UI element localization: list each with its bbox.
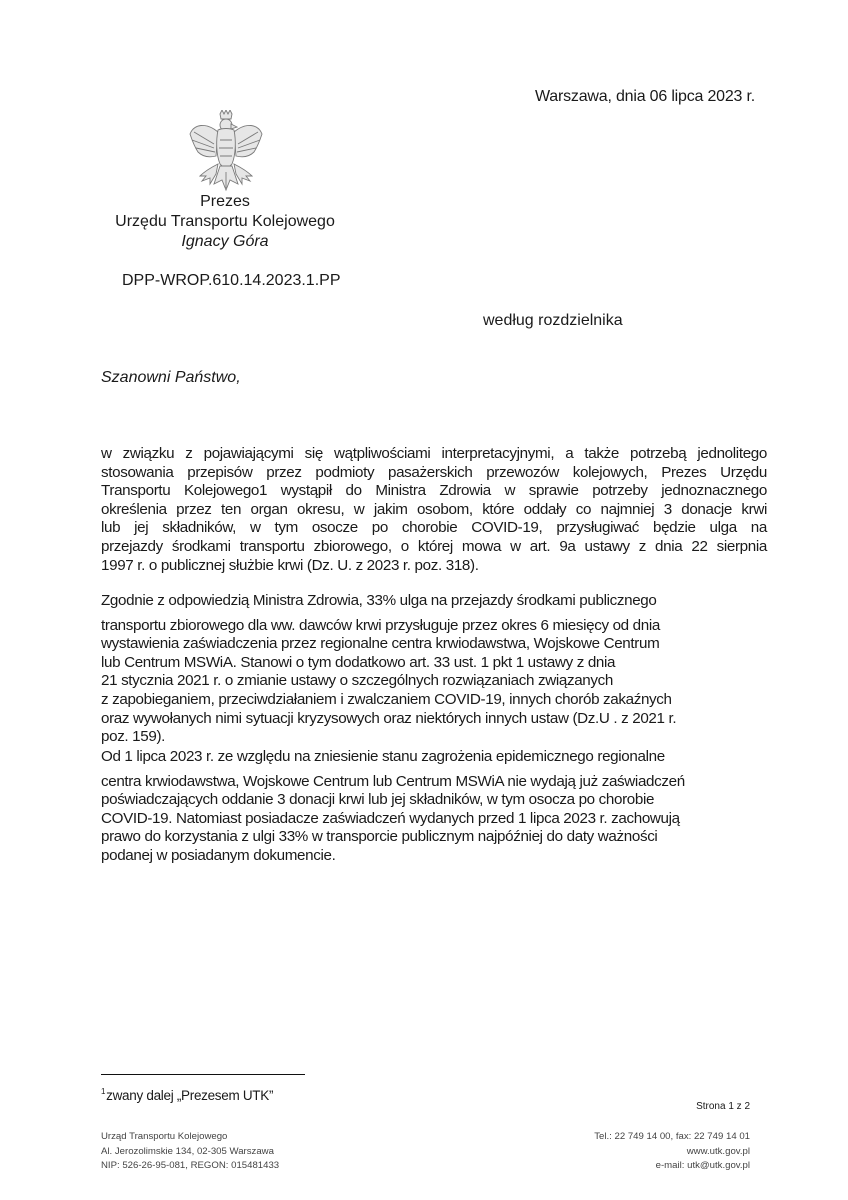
footnote-separator bbox=[101, 1074, 305, 1075]
footer-website[interactable]: www.utk.gov.pl bbox=[594, 1145, 750, 1160]
text-line: wystawienia zaświadczenia przez regional… bbox=[101, 635, 767, 654]
text-line: podanej w posiadanym dokumencie. bbox=[101, 847, 767, 866]
text-line: poświadczających oddanie 3 donacji krwi … bbox=[101, 791, 767, 810]
text-line: COVID-19. Natomiast posiadacze zaświadcz… bbox=[101, 810, 767, 829]
text-line: w związku z pojawiającymi się wątpliwośc… bbox=[101, 445, 767, 464]
text-line: 21 stycznia 2021 r. o zmianie ustawy o s… bbox=[101, 672, 767, 691]
sender-name: Ignacy Góra bbox=[100, 232, 350, 252]
text-line: Zgodnie z odpowiedzią Ministra Zdrowia, … bbox=[101, 592, 767, 611]
text-line: 1997 r. o publicznej służbie krwi (Dz. U… bbox=[101, 557, 767, 576]
text-line: przejazdy środkami transportu zbiorowego… bbox=[101, 538, 767, 557]
text-line: poz. 159). bbox=[101, 728, 767, 747]
footer-org: Urząd Transportu Kolejowego bbox=[101, 1130, 279, 1145]
text-line: lub jej składników, w tym osocze po chor… bbox=[101, 519, 767, 538]
footnote: 1zwany dalej „Prezesem UTK” bbox=[101, 1087, 273, 1103]
text-line: lub Centrum MSWiA. Stanowi o tym dodatko… bbox=[101, 654, 767, 673]
recipient: według rozdzielnika bbox=[483, 312, 623, 330]
footer-ids: NIP: 526-26-95-081, REGON: 015481433 bbox=[101, 1159, 279, 1174]
text-line: prawo do korzystania z ulgi 33% w transp… bbox=[101, 828, 767, 847]
footer-email[interactable]: e-mail: utk@utk.gov.pl bbox=[594, 1159, 750, 1174]
footer-contact: Tel.: 22 749 14 00, fax: 22 749 14 01 ww… bbox=[594, 1130, 750, 1174]
sender-title: Prezes bbox=[100, 192, 350, 212]
footer-phone: Tel.: 22 749 14 00, fax: 22 749 14 01 bbox=[594, 1130, 750, 1145]
paragraph-3: Od 1 lipca 2023 r. ze względu na zniesie… bbox=[101, 748, 767, 866]
reference-number: DPP-WROP.610.14.2023.1.PP bbox=[122, 272, 341, 290]
text-line: oraz wywołanych nimi sytuacji kryzysowyc… bbox=[101, 710, 767, 729]
sender-block: Prezes Urzędu Transportu Kolejowego Igna… bbox=[100, 192, 350, 252]
paragraph-1: w związku z pojawiającymi się wątpliwośc… bbox=[101, 445, 767, 575]
footer-street: Al. Jerozolimskie 134, 02-305 Warszawa bbox=[101, 1145, 279, 1160]
greeting: Szanowni Państwo, bbox=[101, 369, 241, 387]
text-line: stosowania przepisów przez podmioty pasa… bbox=[101, 464, 767, 483]
footer-address: Urząd Transportu Kolejowego Al. Jerozoli… bbox=[101, 1130, 279, 1174]
page-number: Strona 1 z 2 bbox=[696, 1101, 750, 1112]
text-line: transportu zbiorowego dla ww. dawców krw… bbox=[101, 617, 767, 636]
text-line: centra krwiodawstwa, Wojskowe Centrum lu… bbox=[101, 773, 767, 792]
text-line: określenia przez ten organ okresu, w jak… bbox=[101, 501, 767, 520]
paragraph-2: Zgodnie z odpowiedzią Ministra Zdrowia, … bbox=[101, 592, 767, 747]
text-line: z zapobieganiem, przeciwdziałaniem i zwa… bbox=[101, 691, 767, 710]
footnote-marker: 1 bbox=[101, 1087, 105, 1096]
place-date: Warszawa, dnia 06 lipca 2023 r. bbox=[535, 88, 755, 106]
sender-org: Urzędu Transportu Kolejowego bbox=[100, 212, 350, 232]
footnote-text: zwany dalej „Prezesem UTK” bbox=[106, 1088, 273, 1103]
text-line: Od 1 lipca 2023 r. ze względu na zniesie… bbox=[101, 748, 767, 767]
text-line: Transportu Kolejowego1 wystąpił do Minis… bbox=[101, 482, 767, 501]
eagle-emblem-icon bbox=[188, 110, 264, 192]
